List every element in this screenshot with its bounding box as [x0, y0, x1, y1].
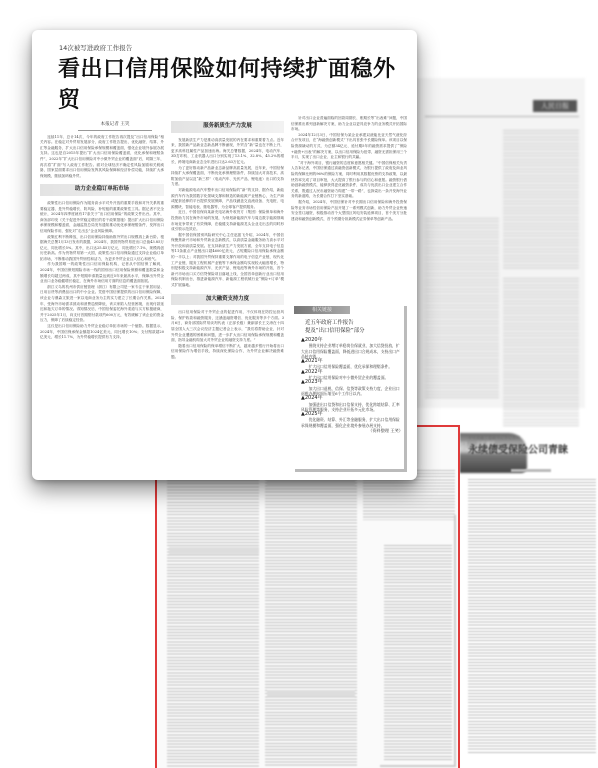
dateline-rule	[425, 116, 579, 119]
article-paragraph: 针对出口企业普遍面临的回款周期长、账期长等“出表难”问题，中国信保推出系列创新解…	[291, 116, 407, 133]
section-heading: 加大融资支持力度	[171, 294, 284, 306]
text-column	[503, 130, 579, 270]
article-paragraph: 为了更好推动新产品新业态新品牌高质量发展，近年来，中国信保持续扩大承保覆盖面，不…	[171, 166, 284, 188]
adjacent-byline	[511, 469, 551, 472]
related-links-title-line: 提及“出口信用保险”部分	[305, 328, 365, 336]
background-newspaper-page: 人民日报 认识，证据	[395, 78, 585, 408]
article-paragraph: 近日，中国信保向某新充电站海外收货方（集团）保险保单和海外投资助力其在海外市场的…	[171, 210, 284, 232]
article-byline: 本报记者 王笑	[78, 122, 152, 131]
text-column	[425, 218, 499, 398]
article-paragraph: 这仅是出口信用保险助力外贸企业稳订单拓市场的一个缩影。数据显示，2024年，中国…	[40, 324, 164, 341]
article-intro: 连续11年、总计14次，今年的政府工作报告再次提及“出口信用保险”相关内容。在稳…	[40, 135, 164, 180]
year-excerpt: 围绕支持企业增订单稳岗位保就业，加大信贷投放，扩大出口信用保险覆盖面，降低进出口…	[301, 343, 403, 359]
article-paragraph: 政策性出口信用保险作为服务高水平对外开放的重要手段和对外关系的重要稳定器，是外贸…	[40, 201, 164, 235]
text-column	[468, 479, 596, 754]
report-excerpt-list: ▲2020年 围绕支持企业增订单稳岗位保就业，加大信贷投放，扩大出口信用保险覆盖…	[301, 338, 403, 433]
article-paragraph: 对新能源电动汽车整车出口信用保险的“新”的支持，据介绍，新能源汽车作为我国数字化…	[171, 188, 284, 210]
article-paragraph: 据中国信保国别风险研究中心主任赵振飞介绍，2024年，中国信保聚焦新兴市场和外贸…	[171, 233, 284, 289]
article-paragraph: 2024年12月3日，中国信保为某企业承建双液能比亚天然气液化综合开发项目，在“…	[291, 133, 407, 161]
related-links-box: 相关链接 近五年政府工作报告 提及“出口信用保险”部分 ▲2020年 围绕支持企…	[295, 306, 407, 472]
section-heading: 助力企业稳订单拓市场	[40, 184, 164, 196]
related-links-tag: 相关链接	[294, 306, 350, 314]
article-headline: 看出口信用保险如何持续扩面稳外贸	[58, 52, 417, 114]
year-excerpt: 优化融资、结算、外汇等金融服务，扩大出口信用保险承保规模和覆盖面，强化企业境外参…	[301, 417, 403, 428]
article-kicker: 14次被写进政府工作报告	[59, 43, 132, 52]
section-heading: 服务新质生产力发展	[171, 121, 284, 133]
article-paragraph: 浙江义乌的杭州市供应链管理（浙江）有限公司是一家专注于家居用品、日用百货等消费品…	[40, 285, 164, 324]
article-zoom-card: 14次被写进政府工作报告 看出口信用保险如何持续扩面稳外贸 本报记者 王笑 连续…	[32, 30, 417, 480]
article-paragraph: 随着出口信用保险的保单增信不断扩大，越来越多银行开始将出口信用保险作为增信手段，…	[171, 344, 284, 361]
article-column-1: 本报记者 王笑 连续11年、总计14次，今年的政府工作报告再次提及“出口信用保险…	[40, 116, 164, 471]
article-paragraph: “对于海外项目，银行融资的态度和意愿相关键。”中国信保相关负责人告诉记者，中国信…	[291, 161, 407, 200]
adjacent-article: 中央金融工委副书记答记者问 永续债受保险公司青睐	[465, 425, 598, 755]
article-paragraph: 作为我国唯一的政策性出口信用保险机构，记者从中国信保了解到，2024年，中国信保…	[40, 262, 164, 284]
article-paragraph: 据介绍，2024年，中国信保针对中长期出口信用保险和海外投资保险等业务市场性信用…	[291, 200, 407, 222]
article-paragraph: 出口信用保险对于外贸企业的促进作用，不仅体现在防控运营风险、保护收款和融资服务，…	[171, 310, 284, 344]
newspaper-masthead: 人民日报	[533, 100, 577, 112]
article-paragraph: 发展新质生产力是推动高质量发展的内在要求和重要着力点。近年来，我国新产品新业态新…	[171, 138, 284, 166]
article-column-2: 服务新质生产力发展 发展新质生产力是推动高质量发展的内在要求和重要着力点。近年来…	[171, 116, 284, 471]
article-column-3: 针对出口企业普遍面临的回款周期长、账期长等“出表难”问题，中国信保推出系列创新解…	[291, 116, 407, 304]
text-column	[503, 278, 579, 428]
article-paragraph: 政策红利不断释放，出口信用保险持续助推外贸出口规模再上新台阶。根据海关总署1月1…	[40, 235, 164, 263]
adjacent-headline: 永续债受保险公司青睐	[468, 441, 568, 456]
related-links-title: 近五年政府工作报告 提及“出口信用保险”部分	[305, 320, 365, 335]
related-links-title-line: 近五年政府工作报告	[305, 320, 365, 328]
source-credit: （资料整理 王笑）	[301, 428, 403, 433]
